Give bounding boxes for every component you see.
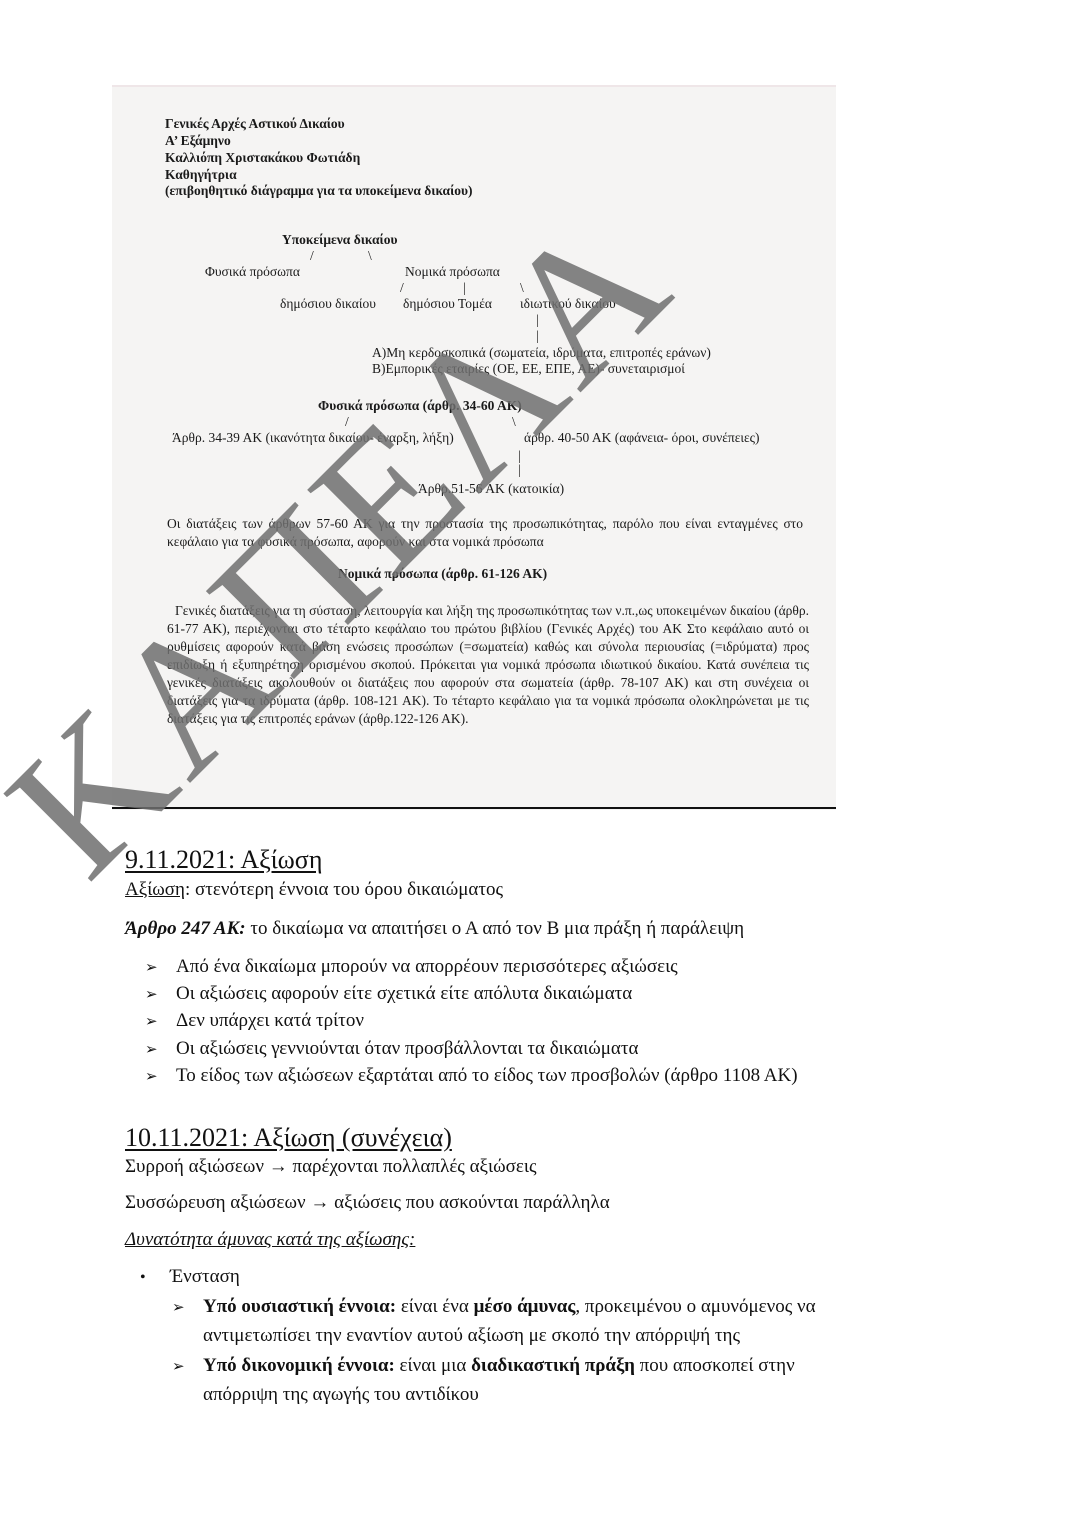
- scan-paragraph-personality: Οι διατάξεις των άρθρων 57-60 ΑΚ για την…: [167, 515, 803, 551]
- arrow-bullet-icon: ➢: [145, 1012, 176, 1031]
- scan-header-course: Γενικές Αρχές Αστικού Δικαίου: [165, 115, 345, 132]
- arrow-bullet-icon: ➢: [145, 958, 176, 977]
- tree-pipe: |: [536, 328, 539, 344]
- list-item: ➢Οι αξιώσεις γεννιούνται όταν προσβάλλον…: [145, 1038, 638, 1060]
- scan-paragraph-legal-persons: Γενικές διατάξεις για τη σύσταση, λειτου…: [167, 602, 809, 728]
- sub-item-bold: διαδικαστική πράξη: [471, 1355, 635, 1376]
- arrow-bullet-icon: ➢: [145, 985, 176, 1004]
- scan-header-author: Καλλιόπη Χριστακάκου Φωτιάδη: [165, 149, 360, 166]
- defense-title-text: Δυνατότητα άμυνας κατά της αξίωσης:: [125, 1229, 415, 1250]
- sub-item-text: , προκειμένου ο αμυνόμενος να: [575, 1296, 815, 1317]
- tree2-left: Άρθρ. 34-39 ΑΚ (ικανότητα δικαίου- έναρξ…: [172, 430, 454, 446]
- article-247-line: Άρθρο 247 ΑΚ: το δικαίωμα να απαιτήσει ο…: [125, 918, 744, 940]
- tree1-commercial: Β)Εμπορικές εταιρίες (ΟΕ, ΕΕ, ΕΠΕ, ΑΕ)- …: [372, 361, 685, 377]
- tree1-right: Νομικά πρόσωπα: [405, 264, 500, 280]
- tree-slash: /: [400, 280, 404, 296]
- arrow-bullet-icon: ➢: [172, 1295, 203, 1322]
- scan-header-subtitle: (επιβοηθητικό διάγραμμα για τα υποκείμεν…: [165, 182, 473, 199]
- sub-item-text: είναι μια: [395, 1355, 471, 1376]
- tree2-bottom: Άρθρ.51-56 ΑΚ (κατοικία): [418, 481, 564, 497]
- tree-backslash: \: [368, 248, 372, 264]
- sub-item-text: είναι ένα: [396, 1296, 474, 1317]
- list-item-text: Από ένα δικαίωμα μπορούν να απορρέουν πε…: [176, 956, 678, 977]
- article-text: το δικαίωμα να απαιτήσει ο Α από τον Β μ…: [246, 918, 744, 939]
- tree-slash: /: [310, 248, 314, 264]
- np-title: Νομικά πρόσωπα (άρθρ. 61-126 ΑΚ): [338, 566, 547, 582]
- sub-item-label: Υπό δικονομική έννοια:: [203, 1355, 395, 1376]
- defense-title: Δυνατότητα άμυνας κατά της αξίωσης:: [125, 1229, 415, 1251]
- tree-backslash: \: [520, 280, 524, 296]
- dot-bullet-icon: •: [140, 1269, 170, 1287]
- scan-header-title: Καθηγήτρια: [165, 166, 237, 183]
- tree-pipe: |: [518, 462, 521, 478]
- scan-header-semester: Α’ Εξάμηνο: [165, 132, 231, 149]
- tree1-root: Υποκείμενα δικαίου: [282, 232, 397, 248]
- list-item: ➢Οι αξιώσεις αφορούν είτε σχετικά είτε α…: [145, 983, 632, 1005]
- tree2-right: άρθρ. 40-50 ΑΚ (αφάνεια- όροι, συνέπειες…: [524, 430, 760, 446]
- list-item: ➢Το είδος των αξιώσεων εξαρτάται από το …: [145, 1065, 798, 1087]
- tree-slash: /: [345, 414, 349, 430]
- tree-pipe: |: [536, 312, 539, 328]
- tree2-root: Φυσικά πρόσωπα (άρθρ. 34-60 ΑΚ): [318, 398, 522, 414]
- list-item-text: Δεν υπάρχει κατά τρίτον: [176, 1010, 364, 1031]
- section-heading-9-11-2021: 9.11.2021: Αξίωση: [125, 845, 322, 875]
- list-item-text: Οι αξιώσεις γεννιούνται όταν προσβάλλοντ…: [176, 1038, 638, 1059]
- sub-item-substantive: ➢Υπό ουσιαστική έννοια: είναι ένα μέσο ά…: [172, 1293, 816, 1349]
- sub-item-continuation: αντιμετωπίσει την εναντίον αυτού αξίωση …: [172, 1322, 816, 1349]
- definition-line: Αξίωση: στενότερη έννοια του όρου δικαιώ…: [125, 879, 503, 901]
- list-item-text: Οι αξιώσεις αφορούν είτε σχετικά είτε απ…: [176, 983, 632, 1004]
- accumulation-line: Συσσώρευση αξιώσεων → αξιώσεις που ασκού…: [125, 1192, 610, 1214]
- concurrence-line: Συρροή αξιώσεων → παρέχονται πολλαπλές α…: [125, 1156, 536, 1178]
- tree1-left: Φυσικά πρόσωπα: [205, 264, 300, 280]
- divider-line: [112, 807, 836, 809]
- arrow-bullet-icon: ➢: [145, 1040, 176, 1059]
- list-item: ➢Δεν υπάρχει κατά τρίτον: [145, 1010, 364, 1032]
- article-label: Άρθρο 247 ΑΚ:: [125, 918, 246, 939]
- tree1-public-law: δημόσιου δικαίου: [280, 296, 376, 312]
- arrow-bullet-icon: ➢: [145, 1067, 176, 1086]
- sub-item-continuation: απόρριψη της αγωγής του αντιδίκου: [172, 1381, 795, 1408]
- sub-item-label: Υπό ουσιαστική έννοια:: [203, 1296, 396, 1317]
- list-item-text: Ένσταση: [170, 1266, 240, 1287]
- arrow-bullet-icon: ➢: [172, 1354, 203, 1381]
- sub-item-text: που αποσκοπεί στην: [635, 1355, 795, 1376]
- tree-backslash: \: [512, 414, 516, 430]
- list-item-objection: •Ένσταση: [140, 1266, 240, 1288]
- tree-pipe: |: [463, 280, 466, 296]
- list-item-text: Το είδος των αξιώσεων εξαρτάται από το ε…: [176, 1065, 798, 1086]
- sub-item-procedural: ➢Υπό δικονομική έννοια: είναι μια διαδικ…: [172, 1352, 795, 1408]
- section-heading-10-11-2021: 10.11.2021: Αξίωση (συνέχεια): [125, 1123, 452, 1153]
- sub-item-bold: μέσο άμυνας: [474, 1296, 576, 1317]
- list-item: ➢Από ένα δικαίωμα μπορούν να απορρέουν π…: [145, 956, 678, 978]
- definition-term: Αξίωση: [125, 879, 185, 900]
- tree1-nonprofit: Α)Μη κερδοσκοπικά (σωματεία, ιδρύματα, ε…: [372, 345, 711, 361]
- definition-text: : στενότερη έννοια του όρου δικαιώματος: [185, 879, 503, 900]
- tree1-public-sector: δημόσιου Τομέα: [403, 296, 492, 312]
- tree1-private-law: ιδιωτικού δικαίου: [520, 296, 616, 312]
